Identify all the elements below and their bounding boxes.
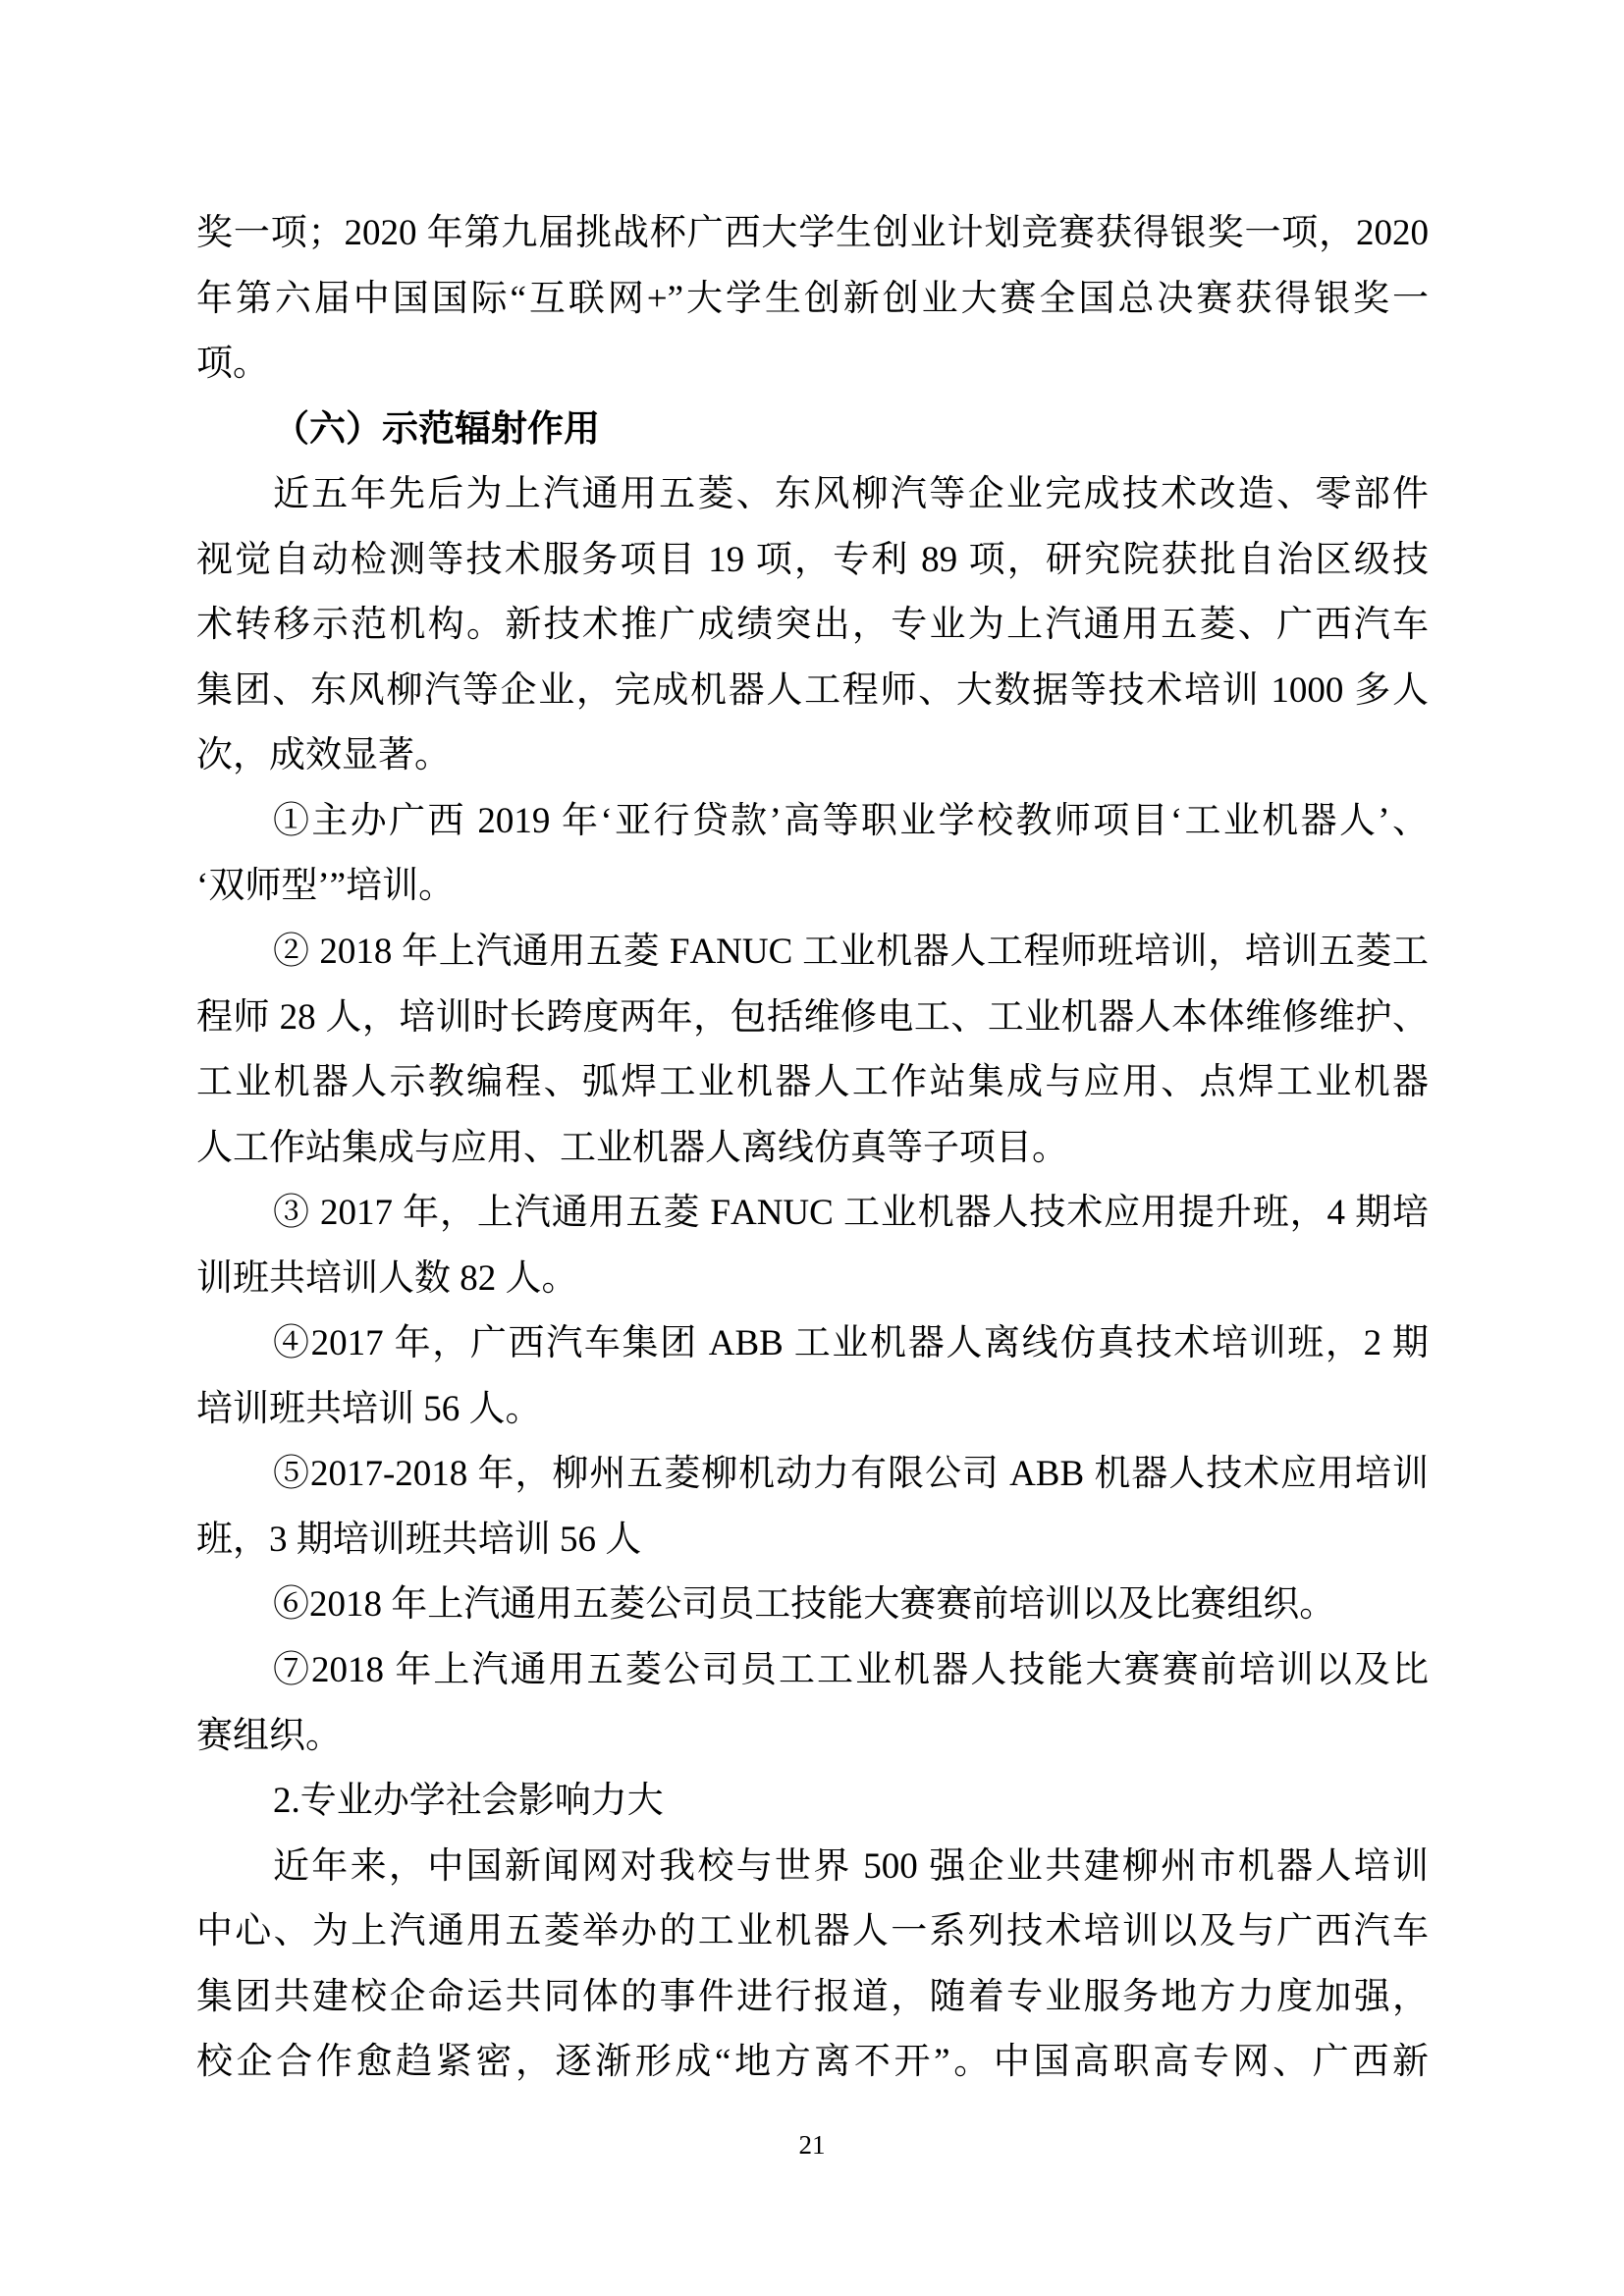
text-line-23: ⑦2018 年上汽通用五菱公司员工工业机器人技能大赛赛前培训以及比 xyxy=(196,1638,1429,1704)
text-line-19: 培训班共培训 56 人。 xyxy=(196,1377,1429,1443)
text-line-29: 校企合作愈趋紧密，逐渐形成“地方离不开”。中国高职高专网、广西新 xyxy=(196,2030,1429,2096)
text-line-9: 次，成效显著。 xyxy=(196,723,1429,789)
text-line-13: 程师 28 人，培训时长跨度两年，包括维修电工、工业机器人本体维修维护、 xyxy=(196,986,1429,1051)
document-page: 奖一项；2020 年第九届挑战杯广西大学生创业计划竞赛获得银奖一项，2020年第… xyxy=(0,0,1624,2296)
text-line-24: 赛组织。 xyxy=(196,1704,1429,1770)
text-line-6: 视觉自动检测等技术服务项目 19 项，专利 89 项，研究院获批自治区级技 xyxy=(196,528,1429,594)
text-line-21: 班，3 期培训班共培训 56 人 xyxy=(196,1508,1429,1574)
text-line-28: 集团共建校企命运共同体的事件进行报道，随着专业服务地方力度加强， xyxy=(196,1965,1429,2031)
text-line-1: 奖一项；2020 年第九届挑战杯广西大学生创业计划竞赛获得银奖一项，2020 xyxy=(196,201,1429,267)
text-line-15: 人工作站集成与应用、工业机器人离线仿真等子项目。 xyxy=(196,1116,1429,1182)
text-line-22: ⑥2018 年上汽通用五菱公司员工技能大赛赛前培训以及比赛组织。 xyxy=(196,1573,1429,1638)
text-line-18: ④2017 年，广西汽车集团 ABB 工业机器人离线仿真技术培训班，2 期 xyxy=(196,1311,1429,1377)
text-line-11: ‘双师型’”培训。 xyxy=(196,854,1429,920)
page-number: 21 xyxy=(0,2128,1624,2162)
text-line-2: 年第六届中国国际“互联网+”大学生创新创业大赛全国总决赛获得银奖一 xyxy=(196,267,1429,333)
text-line-26: 近年来，中国新闻网对我校与世界 500 强企业共建柳州市机器人培训 xyxy=(196,1835,1429,1900)
text-line-27: 中心、为上汽通用五菱举办的工业机器人一系列技术培训以及与广西汽车 xyxy=(196,1899,1429,1965)
text-line-7: 术转移示范机构。新技术推广成绩突出，专业为上汽通用五菱、广西汽车 xyxy=(196,593,1429,659)
text-line-5: 近五年先后为上汽通用五菱、东风柳汽等企业完成技术改造、零部件 xyxy=(196,462,1429,528)
text-line-25: 2.专业办学社会影响力大 xyxy=(196,1769,1429,1835)
text-line-10: ①主办广西 2019 年‘亚行贷款’高等职业学校教师项目‘工业机器人’、 xyxy=(196,789,1429,855)
text-line-16: ③ 2017 年，上汽通用五菱 FANUC 工业机器人技术应用提升班，4 期培 xyxy=(196,1181,1429,1247)
text-line-17: 训班共培训人数 82 人。 xyxy=(196,1247,1429,1312)
text-line-4: （六）示范辐射作用 xyxy=(196,398,1429,463)
text-line-12: ② 2018 年上汽通用五菱 FANUC 工业机器人工程师班培训，培训五菱工 xyxy=(196,920,1429,986)
text-line-3: 项。 xyxy=(196,332,1429,398)
text-block: 奖一项；2020 年第九届挑战杯广西大学生创业计划竞赛获得银奖一项，2020年第… xyxy=(196,201,1429,2096)
text-line-8: 集团、东风柳汽等企业，完成机器人工程师、大数据等技术培训 1000 多人 xyxy=(196,659,1429,724)
text-line-20: ⑤2017-2018 年，柳州五菱柳机动力有限公司 ABB 机器人技术应用培训 xyxy=(196,1442,1429,1508)
text-line-14: 工业机器人示教编程、弧焊工业机器人工作站集成与应用、点焊工业机器 xyxy=(196,1050,1429,1116)
